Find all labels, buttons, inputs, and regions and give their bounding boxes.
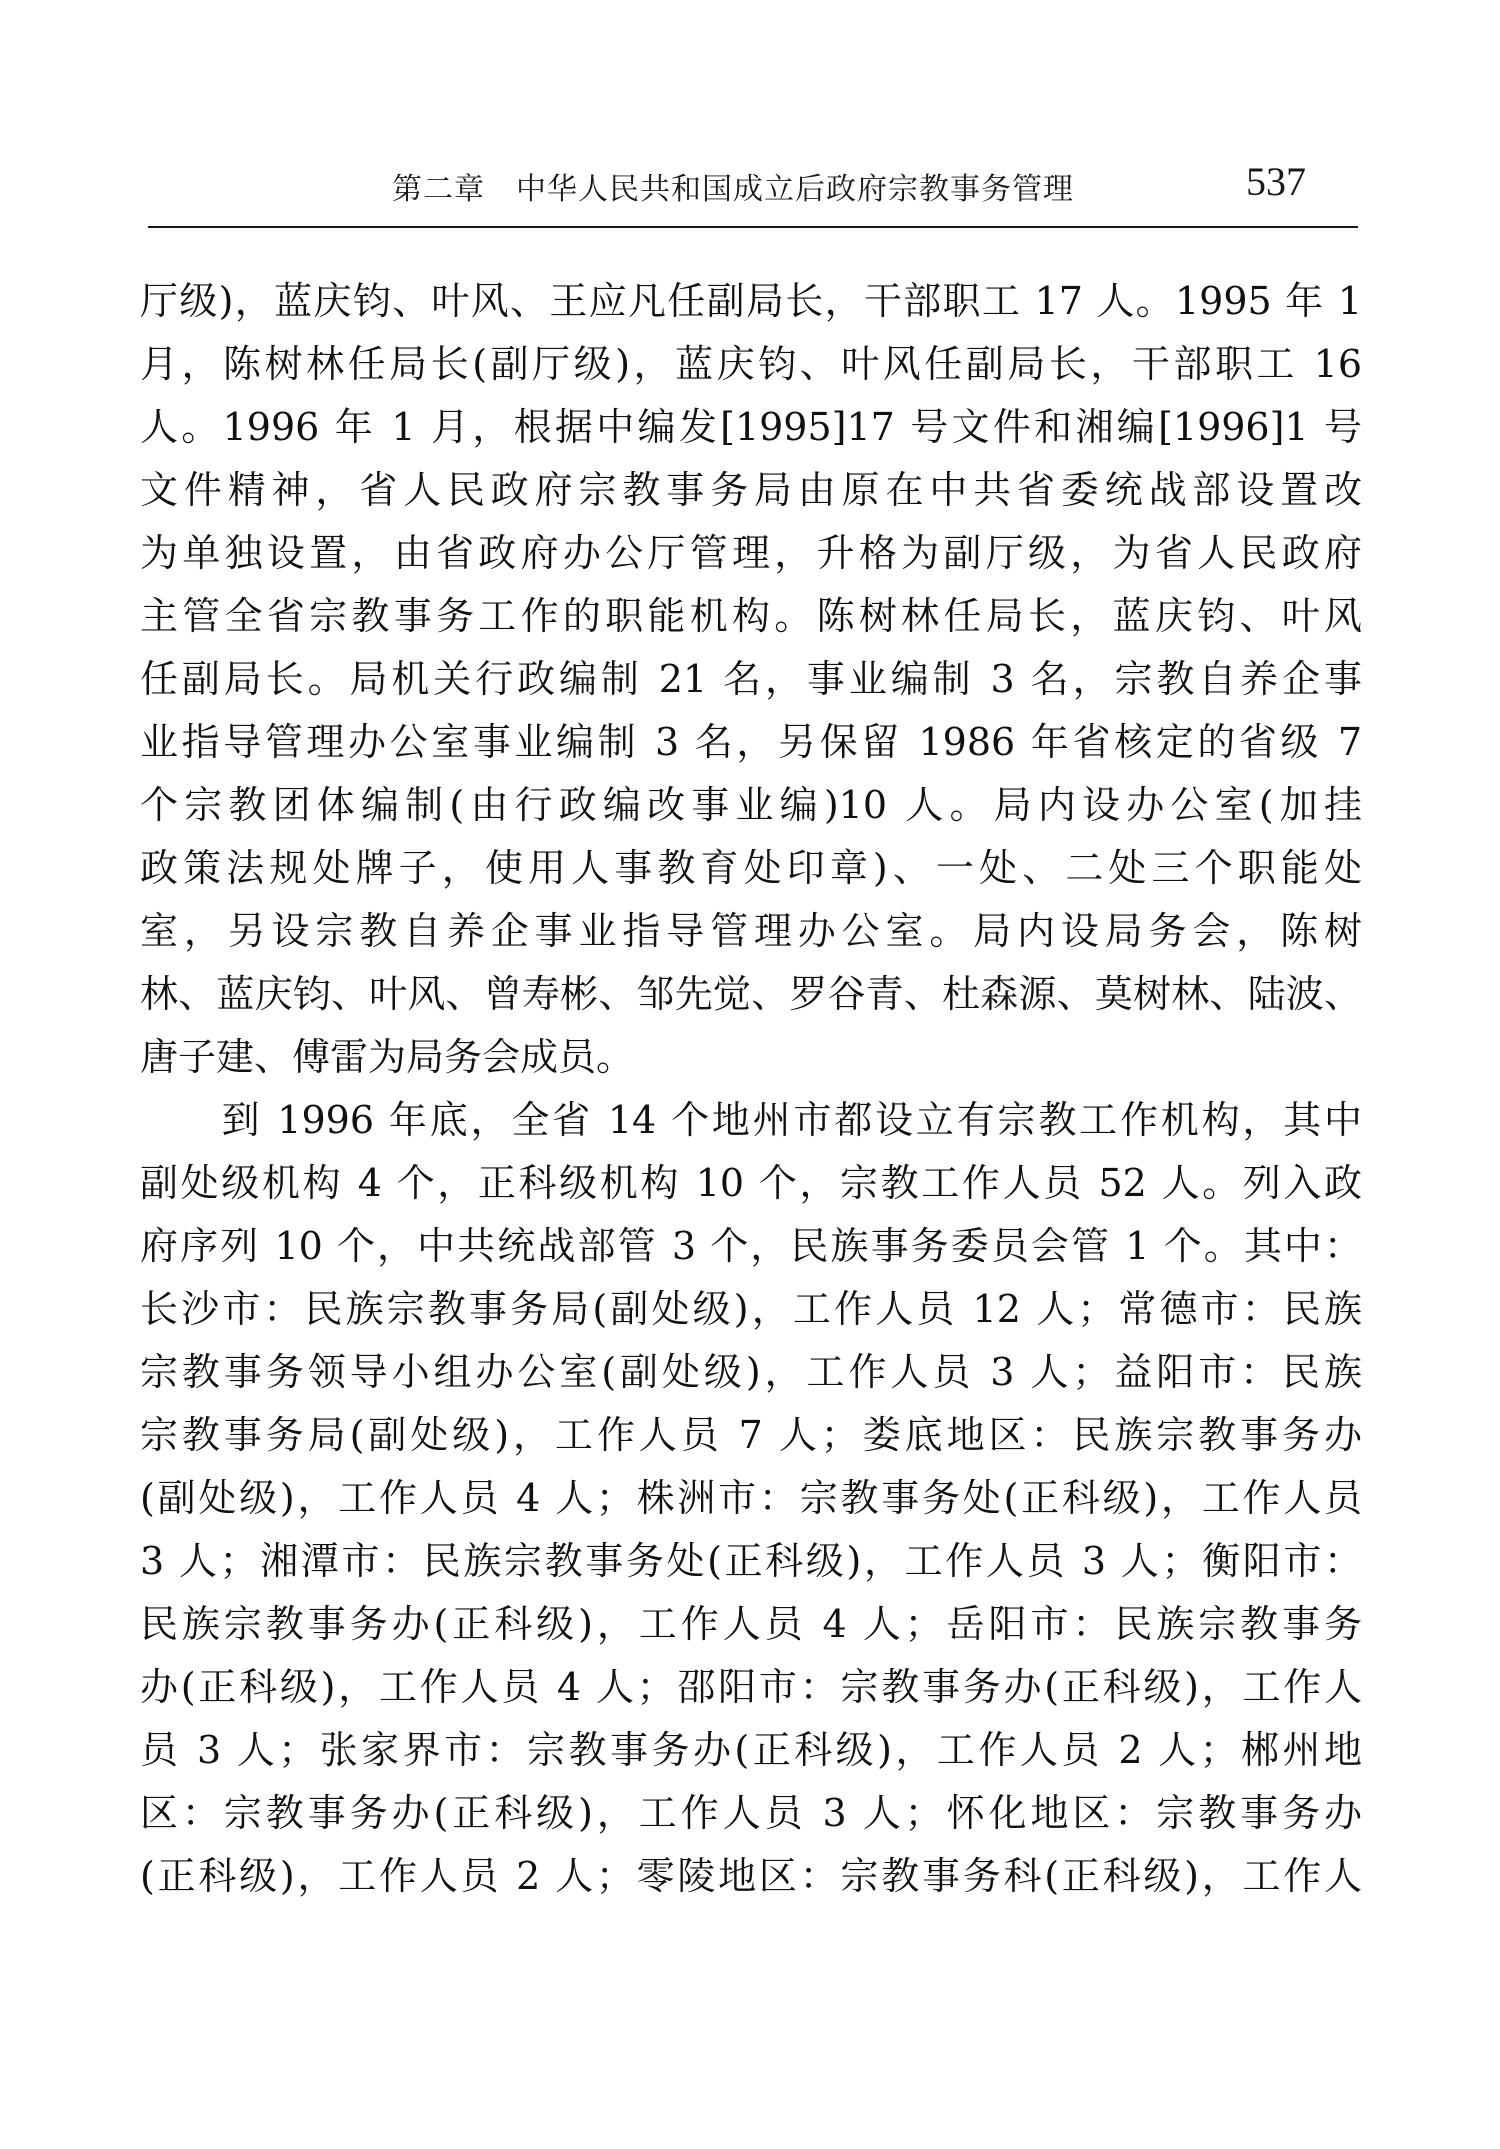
text-line: 到 1996 年底，全省 14 个地州市都设立有宗教工作机构，其中 <box>140 1089 1362 1152</box>
text-line: 业指导管理办公室事业编制 3 名，另保留 1986 年省核定的省级 7 <box>140 711 1362 774</box>
text-line: 长沙市：民族宗教事务局(副处级)，工作人员 12 人；常德市：民族 <box>140 1278 1362 1341</box>
body-text: 厅级)，蓝庆钧、叶风、王应凡任副局长，干部职工 17 人。1995 年 1 月，… <box>140 270 1362 1908</box>
text-line: 3 人；湘潭市：民族宗教事务处(正科级)，工作人员 3 人；衡阳市： <box>140 1530 1362 1593</box>
text-line: 民族宗教事务办(正科级)，工作人员 4 人；岳阳市：民族宗教事务 <box>140 1593 1362 1656</box>
text-line: 为单独设置，由省政府办公厅管理，升格为副厅级，为省人民政府 <box>140 522 1362 585</box>
text-line: 林、蓝庆钧、叶风、曾寿彬、邹先觉、罗谷青、杜森源、莫树林、陆波、 <box>140 963 1362 1026</box>
paragraph: 到 1996 年底，全省 14 个地州市都设立有宗教工作机构，其中 副处级机构 … <box>140 1089 1362 1908</box>
text-line: (正科级)，工作人员 2 人；零陵地区：宗教事务科(正科级)，工作人 <box>140 1845 1362 1908</box>
text-line: 文件精神，省人民政府宗教事务局由原在中共省委统战部设置改 <box>140 459 1362 522</box>
text-line: 唐子建、傅雷为局务会成员。 <box>140 1026 1362 1089</box>
text-line: (副处级)，工作人员 4 人；株洲市：宗教事务处(正科级)，工作人员 <box>140 1467 1362 1530</box>
text-line: 副处级机构 4 个，正科级机构 10 个，宗教工作人员 52 人。列入政 <box>140 1152 1362 1215</box>
page-number: 537 <box>1246 158 1306 205</box>
text-line: 任副局长。局机关行政编制 21 名，事业编制 3 名，宗教自养企事 <box>140 648 1362 711</box>
text-line: 政策法规处牌子，使用人事教育处印章)、一处、二处三个职能处 <box>140 837 1362 900</box>
running-title: 第二章 中华人民共和国成立后政府宗教事务管理 <box>392 164 1074 208</box>
text-line: 室，另设宗教自养企事业指导管理办公室。局内设局务会，陈树 <box>140 900 1362 963</box>
page-header: 第二章 中华人民共和国成立后政府宗教事务管理 537 <box>148 150 1358 228</box>
text-line: 个宗教团体编制(由行政编改事业编)10 人。局内设办公室(加挂 <box>140 774 1362 837</box>
text-line: 员 3 人；张家界市：宗教事务办(正科级)，工作人员 2 人；郴州地 <box>140 1719 1362 1782</box>
text-line: 宗教事务局(副处级)，工作人员 7 人；娄底地区：民族宗教事务办 <box>140 1404 1362 1467</box>
text-line: 办(正科级)，工作人员 4 人；邵阳市：宗教事务办(正科级)，工作人 <box>140 1656 1362 1719</box>
text-line: 宗教事务领导小组办公室(副处级)，工作人员 3 人；益阳市：民族 <box>140 1341 1362 1404</box>
text-line: 月，陈树林任局长(副厅级)，蓝庆钧、叶风任副局长，干部职工 16 <box>140 333 1362 396</box>
text-line: 主管全省宗教事务工作的职能机构。陈树林任局长，蓝庆钧、叶风 <box>140 585 1362 648</box>
text-line: 区：宗教事务办(正科级)，工作人员 3 人；怀化地区：宗教事务办 <box>140 1782 1362 1845</box>
text-line: 府序列 10 个，中共统战部管 3 个，民族事务委员会管 1 个。其中： <box>140 1215 1362 1278</box>
text-line: 人。1996 年 1 月，根据中编发[1995]17 号文件和湘编[1996]1… <box>140 396 1362 459</box>
paragraph: 厅级)，蓝庆钧、叶风、王应凡任副局长，干部职工 17 人。1995 年 1 月，… <box>140 270 1362 1089</box>
text-line: 厅级)，蓝庆钧、叶风、王应凡任副局长，干部职工 17 人。1995 年 1 <box>140 270 1362 333</box>
